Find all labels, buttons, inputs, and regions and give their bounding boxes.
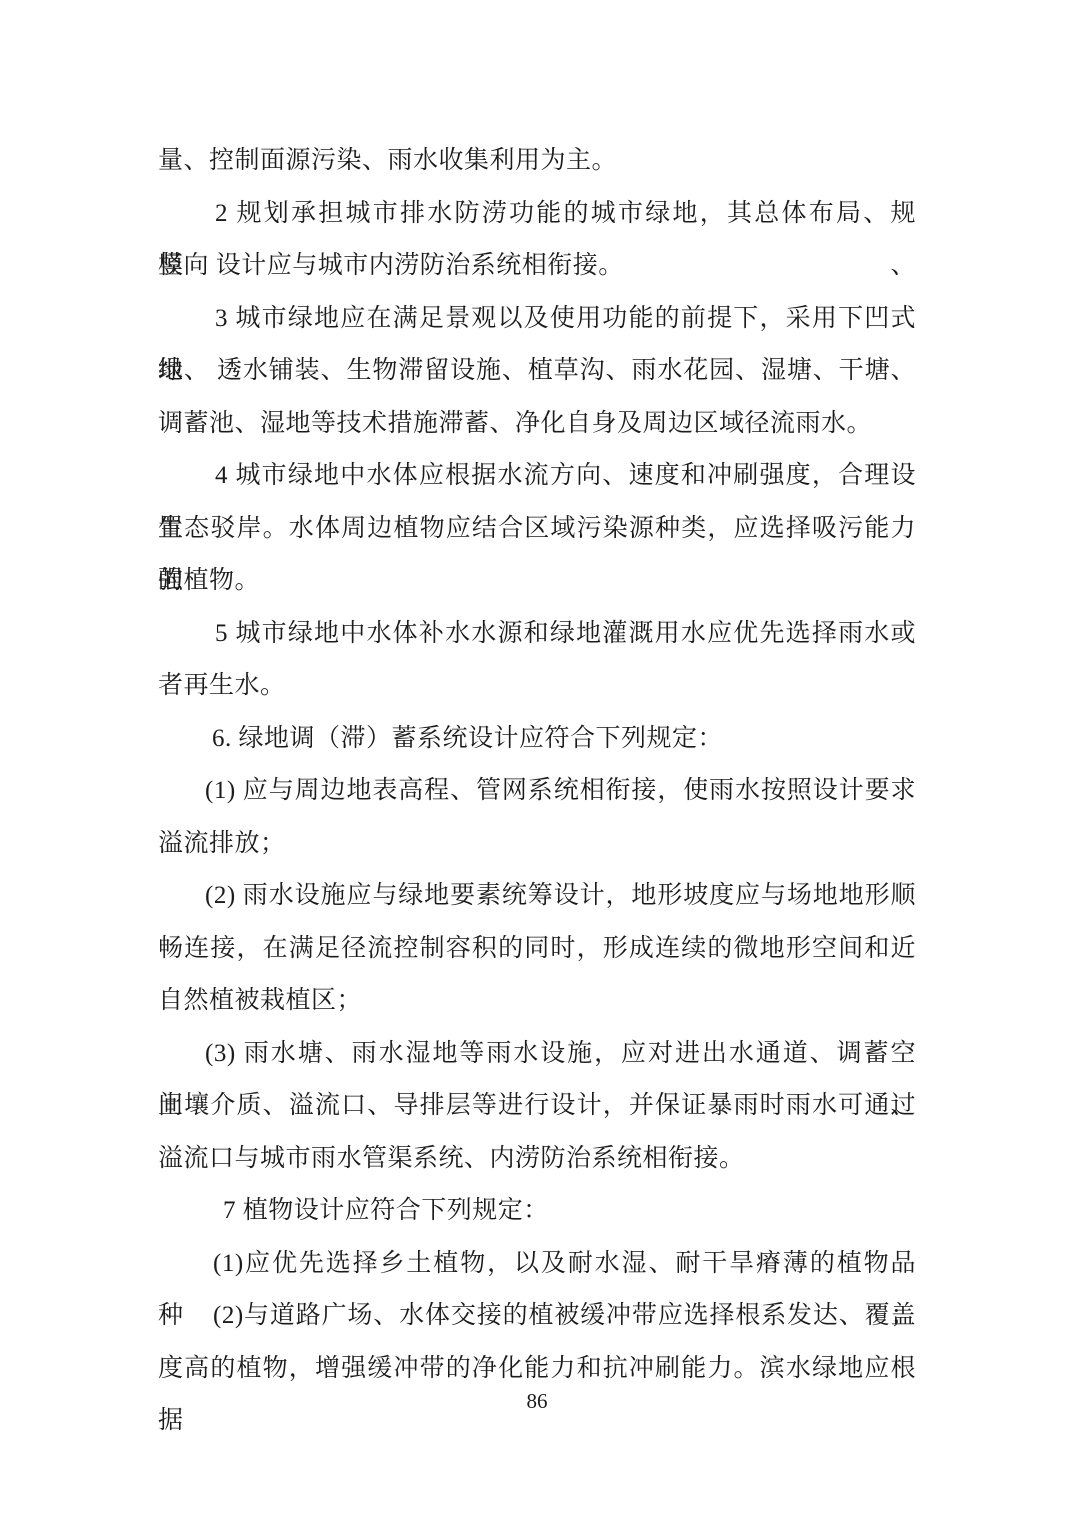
text-line: 畅连接，在满足径流控制容积的同时，形成连续的微地形空间和近 (158, 923, 916, 976)
text-line: (2)与道路广场、水体交接的植被缓冲带应选择根系发达、覆盖 (158, 1290, 916, 1343)
document-page: 量、控制面源污染、雨水收集利用为主。2 规划承担城市排水防涝功能的城市绿地，其总… (0, 0, 1074, 1520)
text-line: (1) 应与周边地表高程、管网系统相衔接，使雨水按照设计要求 (158, 765, 916, 818)
body-text: 量、控制面源污染、雨水收集利用为主。2 规划承担城市排水防涝功能的城市绿地，其总… (158, 135, 916, 1395)
text-line: 4 城市绿地中水体应根据水流方向、速度和冲刷强度，合理设置 (158, 450, 916, 503)
text-line: 2 规划承担城市排水防涝功能的城市绿地，其总体布局、规模、 (158, 188, 916, 241)
text-line: (3) 雨水塘、雨水湿地等雨水设施，应对进出水通道、调蓄空间、 (158, 1028, 916, 1081)
text-line: 溢流排放； (158, 818, 916, 871)
text-line: 者再生水。 (158, 660, 916, 713)
text-line: 溢流口与城市雨水管渠系统、内涝防治系统相衔接。 (158, 1133, 916, 1186)
text-line: 7 植物设计应符合下列规定： (158, 1185, 916, 1238)
text-line: 量、控制面源污染、雨水收集利用为主。 (158, 135, 916, 188)
text-line: 生态驳岸。水体周边植物应结合区域污染源种类，应选择吸污能力强 (158, 503, 916, 556)
text-line: 自然植被栽植区； (158, 975, 916, 1028)
text-line: (1)应优先选择乡土植物，以及耐水湿、耐干旱瘠薄的植物品种； (158, 1238, 916, 1291)
text-line: (2) 雨水设施应与绿地要素统筹设计，地形坡度应与场地地形顺 (158, 870, 916, 923)
text-line: 6. 绿地调（滞）蓄系统设计应符合下列规定： (158, 713, 916, 766)
text-line: 地、 透水铺装、生物滞留设施、植草沟、雨水花园、湿塘、干塘、 (158, 345, 916, 398)
text-line: 3 城市绿地应在满足景观以及使用功能的前提下，采用下凹式绿 (158, 293, 916, 346)
text-line: 土壤介质、溢流口、导排层等进行设计，并保证暴雨时雨水可通过 (158, 1080, 916, 1133)
text-line: 的植物。 (158, 555, 916, 608)
text-line: 5 城市绿地中水体补水水源和绿地灌溉用水应优先选择雨水或 (158, 608, 916, 661)
text-line: 调蓄池、湿地等技术措施滞蓄、净化自身及周边区域径流雨水。 (158, 398, 916, 451)
page-number: 86 (0, 1386, 1074, 1416)
